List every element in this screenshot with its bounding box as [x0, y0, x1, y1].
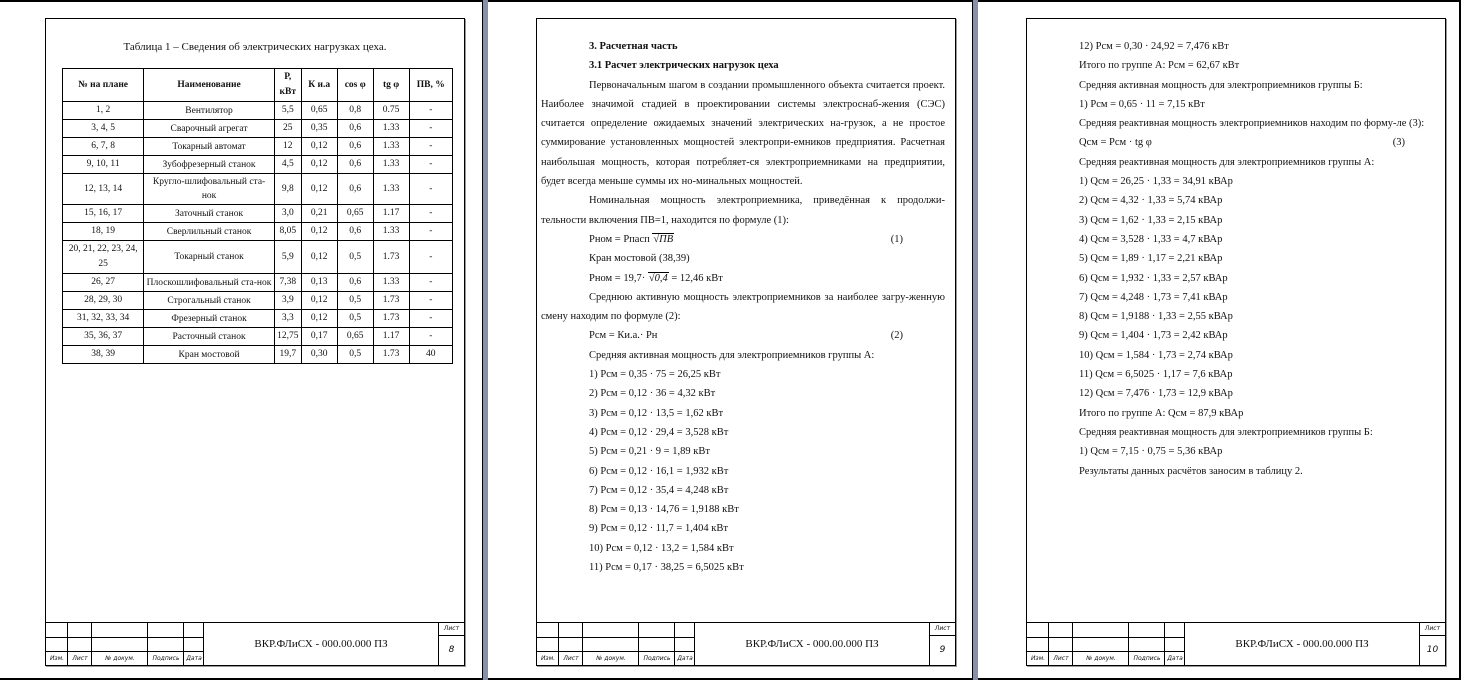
divider [537, 637, 695, 638]
title-block-label: Лист [1049, 652, 1073, 665]
calc-line: 9) Qсм = 1,404 · 1,73 = 2,42 кВАр [1027, 326, 1445, 345]
title-block-label: Лист [559, 652, 583, 665]
table-row: 38, 39Кран мостовой19,70,300,51.7340 [63, 346, 453, 364]
table-cell: 0,6 [337, 223, 373, 241]
table-cell: Вентилятор [144, 102, 275, 120]
page-frame: 12) Рсм = 0,30 · 24,92 = 7,476 кВт Итого… [1026, 18, 1446, 666]
section-heading: 3. Расчетная часть [537, 37, 955, 56]
title-block-label: Дата [1165, 652, 1185, 665]
calc-line: 1) Рсм = 0,65 · 11 = 7,15 кВт [1027, 95, 1445, 114]
calc-line: 3) Рсм = 0,12 · 13,5 = 1,62 кВт [537, 404, 955, 423]
table-row: 6, 7, 8Токарный автомат120,120,61.33- [63, 138, 453, 156]
table-cell: - [409, 156, 452, 174]
table-cell: 28, 29, 30 [63, 292, 144, 310]
table-cell: 12,75 [274, 328, 301, 346]
title-block-label: № докум. [1073, 652, 1129, 665]
table-cell: 1.33 [373, 138, 409, 156]
calc-line: 2) Qсм = 4,32 · 1,33 = 5,74 кВАр [1027, 191, 1445, 210]
table-cell: 1.33 [373, 274, 409, 292]
total-line: Итого по группе А: Qсм = 87,9 кВАр [1027, 404, 1445, 423]
calc-line: 7) Рсм = 0,12 · 35,4 = 4,248 кВт [537, 481, 955, 500]
calc-line: 8) Qсм = 1,9188 · 1,33 = 2,55 кВАр [1027, 307, 1445, 326]
title-block-label: Изм. [1027, 652, 1049, 665]
calc-line: 4) Qсм = 3,528 · 1,33 = 4,7 кВАр [1027, 230, 1445, 249]
column-header: ПВ, % [409, 69, 452, 102]
table-cell: 0,21 [301, 205, 337, 223]
table-cell: 3,0 [274, 205, 301, 223]
page-frame: Таблица 1 – Сведения об электрических на… [45, 18, 465, 666]
table-cell: 0,12 [301, 156, 337, 174]
paragraph: Номинальная мощность электроприемника, п… [537, 191, 955, 230]
calc-line: 12) Qсм = 7,476 · 1,73 = 12,9 кВАр [1027, 384, 1445, 403]
table-cell: 26, 27 [63, 274, 144, 292]
table-cell: 0,5 [337, 310, 373, 328]
calc-line: 5) Рсм = 0,21 · 9 = 1,89 кВт [537, 442, 955, 461]
divider [1027, 637, 1185, 638]
table-cell: 20, 21, 22, 23, 24, 25 [63, 241, 144, 274]
table-cell: 8,05 [274, 223, 301, 241]
text-line: Средняя реактивная мощность для электроп… [1027, 153, 1445, 172]
table-cell: 0,65 [337, 328, 373, 346]
paragraph: Первоначальным шагом в создании промышле… [537, 76, 955, 192]
table-cell: 35, 36, 37 [63, 328, 144, 346]
document-page-8: Таблица 1 – Сведения об электрических на… [0, 0, 482, 680]
table-cell: 31, 32, 33, 34 [63, 310, 144, 328]
calc-line: 2) Рсм = 0,12 · 36 = 4,32 кВт [537, 384, 955, 403]
sqrt-expression: 0,4 [648, 272, 669, 284]
divider [46, 637, 204, 638]
column-header: Р, кВт [274, 69, 301, 102]
text-line: Средняя активная мощность для электропри… [537, 346, 955, 365]
table-row: 15, 16, 17Заточный станок3,00,210,651.17… [63, 205, 453, 223]
text-line: Средняя реактивная мощность для электроп… [1027, 423, 1445, 442]
table-cell: 0,6 [337, 120, 373, 138]
table-cell: 19,7 [274, 346, 301, 364]
table-row: 12, 13, 14Кругло-шлифовальный ста-нок9,8… [63, 174, 453, 205]
table-cell: Кругло-шлифовальный ста-нок [144, 174, 275, 205]
table-cell: 15, 16, 17 [63, 205, 144, 223]
table-cell: 1.73 [373, 292, 409, 310]
title-block-label: Подпись [148, 652, 184, 665]
table-row: 31, 32, 33, 34Фрезерный станок3,30,120,5… [63, 310, 453, 328]
calc-line: 6) Рсм = 0,12 · 16,1 = 1,932 кВт [537, 462, 955, 481]
text-line: Средняя активная мощность для электропри… [1027, 76, 1445, 95]
table-cell: Строгальный станок [144, 292, 275, 310]
table-row: 3, 4, 5Сварочный агрегат250,350,61.33- [63, 120, 453, 138]
calc-line: 6) Qсм = 1,932 · 1,33 = 2,57 кВАр [1027, 269, 1445, 288]
document-code: ВКР.ФЛиСХ - 000.00.000 ПЗ [204, 623, 438, 665]
column-header: № на плане [63, 69, 144, 102]
table-row: 1, 2Вентилятор5,50,650,80.75- [63, 102, 453, 120]
table-row: 28, 29, 30Строгальный станок3,90,120,51.… [63, 292, 453, 310]
table-cell: 25 [274, 120, 301, 138]
column-header: cos φ [337, 69, 373, 102]
electrical-loads-table: № на планеНаименованиеР, кВтК и.аcos φtg… [62, 68, 453, 364]
calc-line: 9) Рсм = 0,12 · 11,7 = 1,404 кВт [537, 519, 955, 538]
table-cell: 1.73 [373, 241, 409, 274]
table-cell: 0,5 [337, 346, 373, 364]
table-cell: 4,5 [274, 156, 301, 174]
title-block-label: Дата [675, 652, 695, 665]
table-cell: 5,9 [274, 241, 301, 274]
table-cell: 5,5 [274, 102, 301, 120]
paragraph: Средняя реактивная мощность электроприем… [1027, 114, 1445, 133]
table-cell: Зубофрезерный станок [144, 156, 275, 174]
subsection-heading: 3.1 Расчет электрических нагрузок цеха [537, 56, 955, 75]
table-caption: Таблица 1 – Сведения об электрических на… [46, 41, 464, 53]
table-cell: 7,38 [274, 274, 301, 292]
table-cell: 0,17 [301, 328, 337, 346]
table-cell: 38, 39 [63, 346, 144, 364]
column-header: К и.а [301, 69, 337, 102]
calc-line: 10) Рсм = 0,12 · 13,2 = 1,584 кВт [537, 539, 955, 558]
calc-line: 8) Рсм = 0,13 · 14,76 = 1,9188 кВт [537, 500, 955, 519]
calc-line: 4) Рсм = 0,12 · 29,4 = 3,528 кВт [537, 423, 955, 442]
formula-1: Рном = Рпасп ПВ (1) [537, 230, 955, 249]
table-cell: 1.33 [373, 174, 409, 205]
table-cell: 0,35 [301, 120, 337, 138]
title-block-label: Лист [68, 652, 92, 665]
table-cell: 0,8 [337, 102, 373, 120]
page-text: 3. Расчетная часть 3.1 Расчет электричес… [537, 37, 955, 577]
title-block-label: Изм. [46, 652, 68, 665]
table-cell: 0,13 [301, 274, 337, 292]
table-cell: Сверлильный станок [144, 223, 275, 241]
table-cell: 0,12 [301, 138, 337, 156]
divider [46, 651, 204, 652]
calc-line: 1) Qсм = 7,15 · 0,75 = 5,36 кВАр [1027, 442, 1445, 461]
sheet-label: Лист [1419, 623, 1445, 636]
title-block-label: Изм. [537, 652, 559, 665]
divider [537, 651, 695, 652]
table-cell: 0,6 [337, 138, 373, 156]
table-cell: 0,12 [301, 292, 337, 310]
calc-line: Рном = 19,7· 0,4 = 12,46 кВт [537, 269, 955, 288]
table-cell: Сварочный агрегат [144, 120, 275, 138]
table-cell: 9, 10, 11 [63, 156, 144, 174]
table-cell: 0,65 [301, 102, 337, 120]
page-frame: 3. Расчетная часть 3.1 Расчет электричес… [536, 18, 956, 666]
table-cell: Токарный станок [144, 241, 275, 274]
sheet-label: Лист [438, 623, 464, 636]
paragraph: Среднюю активную мощность электроприемни… [537, 288, 955, 327]
table-cell: 9,8 [274, 174, 301, 205]
table-row: 20, 21, 22, 23, 24, 25Токарный станок5,9… [63, 241, 453, 274]
table-cell: 3, 4, 5 [63, 120, 144, 138]
table-cell: - [409, 274, 452, 292]
equation-number: (2) [891, 326, 903, 345]
title-block: Изм.Лист№ докум.ПодписьДатаВКР.ФЛиСХ - 0… [1027, 622, 1445, 665]
table-cell: 1, 2 [63, 102, 144, 120]
table-cell: 3,9 [274, 292, 301, 310]
table-cell: Токарный автомат [144, 138, 275, 156]
title-block-label: Подпись [1129, 652, 1165, 665]
table-cell: 12 [274, 138, 301, 156]
table-cell: 0,5 [337, 241, 373, 274]
table-cell: 40 [409, 346, 452, 364]
table-cell: Кран мостовой [144, 346, 275, 364]
document-code: ВКР.ФЛиСХ - 000.00.000 ПЗ [1185, 623, 1419, 665]
conclusion-line: Результаты данных расчётов заносим в таб… [1027, 462, 1445, 481]
table-cell: - [409, 102, 452, 120]
formula-3: Qсм = Рсм · tg φ (3) [1027, 133, 1445, 152]
table-row: 9, 10, 11Зубофрезерный станок4,50,120,61… [63, 156, 453, 174]
table-row: 18, 19Сверлильный станок8,050,120,61.33- [63, 223, 453, 241]
calc-line: 1) Qсм = 26,25 · 1,33 = 34,91 кВАр [1027, 172, 1445, 191]
sheet-label: Лист [929, 623, 955, 636]
table-cell: 0,12 [301, 174, 337, 205]
table-cell: Расточный станок [144, 328, 275, 346]
table-cell: 0,6 [337, 274, 373, 292]
column-header: Наименование [144, 69, 275, 102]
divider [1027, 651, 1185, 652]
table-cell: 1.73 [373, 346, 409, 364]
sqrt-expression: ПВ [652, 233, 674, 245]
document-code: ВКР.ФЛиСХ - 000.00.000 ПЗ [695, 623, 929, 665]
table-cell: - [409, 328, 452, 346]
calc-line: 5) Qсм = 1,89 · 1,17 = 2,21 кВАр [1027, 249, 1445, 268]
table-cell: 6, 7, 8 [63, 138, 144, 156]
table-cell: 0,12 [301, 223, 337, 241]
formula-2: Рсм = Ки.а.· Рн (2) [537, 326, 955, 345]
table-cell: 1.33 [373, 120, 409, 138]
text-line: Кран мостовой (38,39) [537, 249, 955, 268]
title-block-label: Подпись [639, 652, 675, 665]
table-row: 26, 27Плоскошлифовальный ста-нок7,380,13… [63, 274, 453, 292]
table-cell: 0,6 [337, 156, 373, 174]
table-cell: - [409, 241, 452, 274]
table-cell: - [409, 223, 452, 241]
table-cell: 1.17 [373, 205, 409, 223]
equation-number: (1) [891, 230, 903, 249]
calc-line: 10) Qсм = 1,584 · 1,73 = 2,74 кВАр [1027, 346, 1445, 365]
table-cell: 18, 19 [63, 223, 144, 241]
calc-line: 11) Рсм = 0,17 · 38,25 = 6,5025 кВт [537, 558, 955, 577]
table-cell: 0,30 [301, 346, 337, 364]
table-cell: Плоскошлифовальный ста-нок [144, 274, 275, 292]
title-block-label: № докум. [583, 652, 639, 665]
sheet-number: 9 [929, 636, 955, 665]
sheet-number: 10 [1419, 636, 1445, 665]
calc-line: 12) Рсм = 0,30 · 24,92 = 7,476 кВт [1027, 37, 1445, 56]
table-cell: 0.75 [373, 102, 409, 120]
table-cell: 3,3 [274, 310, 301, 328]
calc-line: 7) Qсм = 4,248 · 1,73 = 7,41 кВАр [1027, 288, 1445, 307]
title-block: Изм.Лист№ докум.ПодписьДатаВКР.ФЛиСХ - 0… [46, 622, 464, 665]
table-cell: Заточный станок [144, 205, 275, 223]
table-cell: - [409, 120, 452, 138]
table-cell: 12, 13, 14 [63, 174, 144, 205]
calc-line: 11) Qсм = 6,5025 · 1,17 = 7,6 кВАр [1027, 365, 1445, 384]
table-cell: 1.33 [373, 156, 409, 174]
table-cell: 0,12 [301, 241, 337, 274]
title-block-label: Дата [184, 652, 204, 665]
title-block-label: № докум. [92, 652, 148, 665]
table-cell: 0,65 [337, 205, 373, 223]
table-cell: - [409, 138, 452, 156]
calc-line: 1) Рсм = 0,35 · 75 = 26,25 кВт [537, 365, 955, 384]
table-cell: 1.33 [373, 223, 409, 241]
table-cell: - [409, 310, 452, 328]
table-cell: Фрезерный станок [144, 310, 275, 328]
title-block: Изм.Лист№ докум.ПодписьДатаВКР.ФЛиСХ - 0… [537, 622, 955, 665]
table-cell: 0,12 [301, 310, 337, 328]
document-page-10: 12) Рсм = 0,30 · 24,92 = 7,476 кВт Итого… [978, 0, 1461, 680]
table-cell: - [409, 174, 452, 205]
document-page-9: 3. Расчетная часть 3.1 Расчет электричес… [488, 0, 972, 680]
table-cell: 1.73 [373, 310, 409, 328]
equation-number: (3) [1393, 133, 1405, 152]
column-header: tg φ [373, 69, 409, 102]
table-cell: 0,5 [337, 292, 373, 310]
table-cell: - [409, 292, 452, 310]
total-line: Итого по группе А: Рсм = 62,67 кВт [1027, 56, 1445, 75]
calc-line: 3) Qсм = 1,62 · 1,33 = 2,15 кВАр [1027, 211, 1445, 230]
table-cell: 1.17 [373, 328, 409, 346]
table-row: 35, 36, 37Расточный станок12,750,170,651… [63, 328, 453, 346]
table-cell: - [409, 205, 452, 223]
page-text: 12) Рсм = 0,30 · 24,92 = 7,476 кВт Итого… [1027, 37, 1445, 481]
table-cell: 0,6 [337, 174, 373, 205]
sheet-number: 8 [438, 636, 464, 665]
